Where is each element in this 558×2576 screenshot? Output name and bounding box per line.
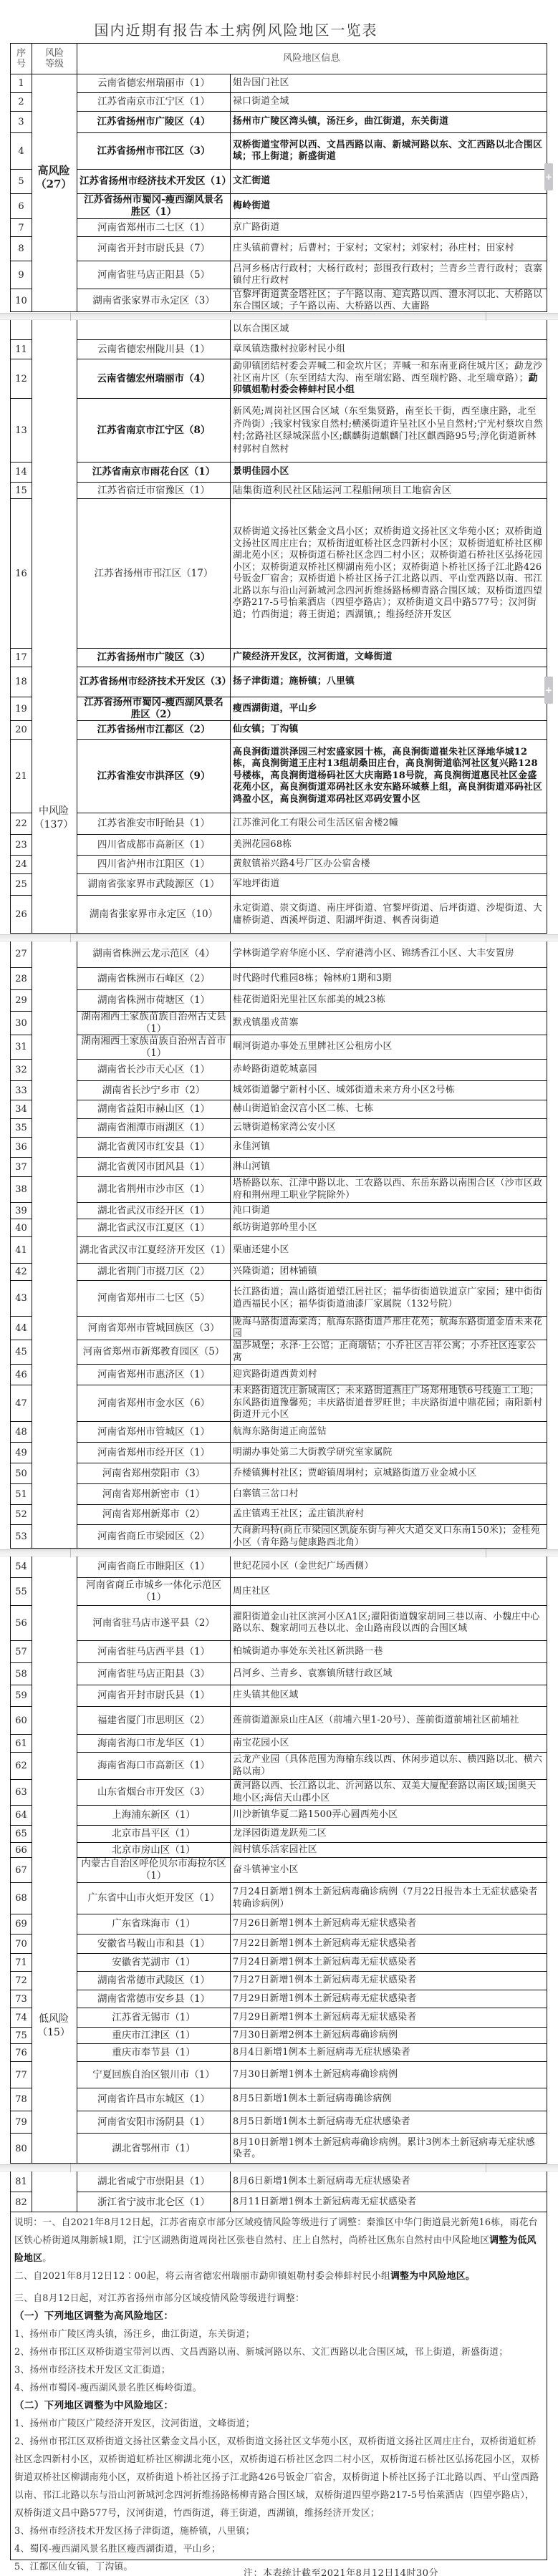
row-region: 江苏省南京市雨花台区（1） (77, 463, 231, 482)
table-row: 54河南省商丘市睢阳区（1）世纪花园小区（金世纪广场西侧） (11, 1556, 547, 1577)
row-detail: 城郊街道馨宁新村小区、城郊街道未来方舟小区2号栋 (231, 1081, 547, 1100)
row-detail-text: 世纪花园小区（金世纪广场西侧） (233, 1561, 373, 1573)
table-row: 18江苏省扬州市经济技术开发区（3）扬子津街道；施桥镇；八里镇 (11, 667, 547, 697)
row-detail-text: 陆集街道利民社区陆运河工程船闸项目工地宿舍区 (233, 483, 452, 498)
table-row: 70安徽省马鞍山市和县（1）7月22日新增1例本土新冠病毒无症状感染者 (11, 1934, 547, 1953)
notes-text: 3、扬州市经济技术开发区文汇街道； (14, 2365, 170, 2376)
row-seq: 18 (11, 667, 32, 697)
row-detail-text: 迎宾路街道西黄刘村 (233, 1369, 317, 1381)
level-cell-mask (32, 834, 77, 836)
row-region: 湖北省荆州市沙市区（1） (77, 1177, 231, 1202)
row-detail: 大商新玛特(商丘市梁园区凯旋东街与神火大道交叉口东南150米)；金桂苑小区（青年… (231, 1525, 547, 1549)
row-region: 河南省郑州市惠济区（1） (77, 1365, 231, 1385)
row-region: 河南省郑州市二七区（5） (77, 1281, 231, 1316)
row-seq: 46 (11, 1365, 32, 1385)
row-detail-text: 7月29日新增1例本土新冠病毒无症状感染者 (233, 2012, 416, 2024)
table-header: 序号风险等级风险地区信息 (11, 44, 547, 74)
row-seq: 28 (11, 968, 32, 989)
row-seq: 82 (11, 2192, 32, 2212)
notes-text: 。 (42, 2253, 52, 2264)
row-region: 江苏省淮安市盱眙县（1） (77, 813, 231, 834)
level-cell-mask (32, 1971, 77, 1972)
row-region: 河南省郑州市二七区（1） (77, 219, 231, 236)
note-high-item: 3、扬州市经济技术开发区文汇街道； (14, 2361, 543, 2379)
row-region: 湖南省常德市安乡县（1） (77, 1990, 231, 2008)
notes-text: 4、蜀冈-瘦西湖风景名胜区瘦西湖街道，平山乡； (14, 2544, 221, 2555)
level-cell-mask (32, 1263, 77, 1264)
row-detail: 纸坊街道郭岭里小区 (231, 1219, 547, 1236)
row-seq: 23 (11, 835, 32, 855)
table-row: 35湖南省湘潭市雨湖区（1）云塘街道杨家湾公安小区 (11, 1118, 547, 1137)
row-seq: 37 (11, 1158, 32, 1176)
level-cell-mask (32, 1011, 77, 1012)
row-detail: 庄头镇其他区域 (231, 1685, 547, 1706)
row-detail-text: 7月29日新增1例本土新冠病毒无症状感染者 (233, 1993, 416, 2005)
row-region: 河南省驻马店正阳县（3） (77, 1663, 231, 1685)
row-detail: 官黎坪街道黄金塔社区；子午路以南、迎宾路以西、澧水河以北、大桥路以东合围区域；子… (231, 289, 547, 312)
row-region: 四川省泸州市江阳区（1） (77, 856, 231, 873)
level-cell-mask (32, 1685, 77, 1686)
notes-text: 1、扬州市广陵区广陵经济开发区，汶河街道，文峰街道； (14, 2418, 255, 2429)
page-break-tick (70, 2164, 71, 2172)
row-detail-text: 陇海马路街道海棠湾；航海东路街道芦邢庄花苑；航海东路街道金盾未来花园 (233, 1317, 544, 1340)
row-region: 湖南省张家界市武陵源区（1） (77, 874, 231, 895)
note-3: 三、自8月12日起，对江苏省扬州市部分区域疫情风险等级进行调整： (14, 2290, 543, 2308)
table-row: 46河南省郑州市惠济区（1）迎宾路街道西黄刘村 (11, 1364, 547, 1385)
notes-bold-text: 调整为中风险地区。 (390, 2271, 475, 2282)
row-detail-text: 峒河街道办事处五里牌社区公租房小区 (233, 1041, 393, 1053)
level-cell-mask (32, 1882, 77, 1884)
table-row: 77宁夏回族自治区银川市（1）7月30日新增1例本土新冠病毒确诊病例 (11, 2061, 547, 2088)
row-detail-text: 阎村镇乐活家园社区 (233, 1844, 317, 1856)
row-detail-text: 濯阳街道金山社区滨河小区A1区;濯阳街道魏家胡同三巷以南、小魏庄中心路以东、魏家… (233, 1612, 544, 1635)
table-row: 71安徽省芜湖市（1）7月24日新增1例本土新冠病毒无症状感染者 (11, 1953, 547, 1971)
row-detail-text: 新风苑;周岗社区围合区域（东至集贤路，南至长干街，西至康庄路，北至齐尚街）;钱家… (233, 405, 544, 455)
row-region: 宁夏回族自治区银川市（1） (77, 2062, 231, 2088)
row-detail: 兴隆街道；团林铺镇 (231, 1264, 547, 1280)
row-seq: 75 (11, 2028, 32, 2043)
table-row: 1云南省德宏州瑞丽市（1）姐告国门社区 (11, 74, 547, 92)
row-detail: 勐卯镇团结村委会弄喊二和金坎片区；弄喊一和东南亚商住城片区；勐龙沙社区南片区（东… (231, 359, 547, 398)
table-row: 26湖南省张家界市永定区（10）永定街道、崇文街道、南庄坪街道、官黎坪街道、后坪… (11, 895, 547, 934)
row-seq: 40 (11, 1219, 32, 1236)
row-detail-text: 8月5日新增1例本土新冠病毒无症状感染者 (233, 2116, 410, 2129)
row-detail-text: 江苏淮河化工有限公司生活区宿舍楼2幢 (233, 818, 398, 830)
row-region: 湖南湘西土家族苗族自治州古丈县（1） (77, 1012, 231, 1035)
row-seq: 58 (11, 1663, 32, 1685)
level-cell-mask (32, 1463, 77, 1464)
row-detail: 瘦西湖街道，平山乡 (231, 697, 547, 720)
level-label-medium: 中风险 （137） (32, 805, 76, 832)
row-detail: 8月5日新增1例本土新冠病毒无症状感染者 (231, 2111, 547, 2133)
notes-text: 说明：一、自2021年8月12日起，江苏省南京市部分区域疫情风险等级进行了调整：… (14, 2217, 538, 2246)
row-detail: 7月30日新增2例本土新冠病毒确诊病例 (231, 2028, 547, 2043)
table-row: 6江苏省扬州市蜀冈-瘦西湖风景名胜区（1）梅岭街道 (11, 193, 547, 218)
table-row: 60福建省厦门市思明区（2）莲前街道源泉山庄A区（前埔六里1-20号）、莲前街道… (11, 1706, 547, 1734)
row-region: 湖南省张家界市永定区（3） (77, 289, 231, 312)
table-row: 50河南省郑州荥阳市（3）乔楼镇狮村社区；贾峪镇周垌村；京城路街道万业金城小区 (11, 1463, 547, 1483)
table-row: 27湖南省株洲云龙示范区（4）学林街道学府华庭小区、学府港湾小区、锦绣香江小区、… (11, 941, 547, 967)
level-cell-mask (32, 1706, 77, 1708)
row-detail: 孟庄镇鸡王社区；孟庄镇洪府村 (231, 1505, 547, 1524)
table-row: 45河南省郑州市新郑教育园区（5）温莎城堡；永泽·上公馆；正商瑞钻；小乔社区吉祥… (11, 1340, 547, 1364)
row-seq: 79 (11, 2111, 32, 2133)
row-detail: 双桥街道宝带河以西、文昌西路以南、新城河路以东、文汇西路以北合围区域；邗上街道；… (231, 133, 547, 169)
row-detail: 云塘街道杨家湾公安小区 (231, 1119, 547, 1137)
row-region: 河南省驻马店市遂平县（2） (77, 1606, 231, 1640)
note-high-item: 1、扬州市广陵区湾头镇，汤汪乡，曲江街道，东关街道； (14, 2325, 543, 2343)
row-detail-text: 未来路街道沈庄新城南区；未来路街道燕庄广场郑州地铁6号线施工工地；东风路街道豫馨… (233, 1385, 544, 1421)
row-detail: 迎宾路街道西黄刘村 (231, 1365, 547, 1385)
row-detail-text: 双桥街道文扬社区紫金文昌小区；双桥街道文扬社区文华苑小区；双桥街道文扬社区周庄庄… (233, 526, 544, 621)
table-row: 61海南省海口市龙华区（1）南宝花园小区 (11, 1734, 547, 1752)
row-detail: 默戎镇墨戎苗寨 (231, 1012, 547, 1035)
row-detail: 仙女镇；丁沟镇 (231, 721, 547, 739)
row-seq: 14 (11, 463, 32, 482)
row-detail-text: 孟庄镇鸡王社区；孟庄镇洪府村 (233, 1509, 364, 1521)
table-row: 80湖北省鄂州市（1）8月10日新增1例本土新冠病毒确诊病例。累计3例本土新冠病… (11, 2133, 547, 2164)
level-cell-mask (32, 482, 77, 483)
table-row: 37湖北省黄冈市团风县（1）淋山河镇 (11, 1157, 547, 1176)
table-row: 79河南省安阳市汤阴县（1）8月5日新增1例本土新冠病毒无症状感染者 (11, 2111, 547, 2133)
row-detail: 梅岭街道 (231, 194, 547, 218)
row-detail: 黄舣镇裕兴路4号厂区办公宿舍楼 (231, 856, 547, 873)
row-seq: 65 (11, 1826, 32, 1842)
row-detail-text: 勐卯镇团结村委会弄喊二和金坎片区；弄喊一和东南亚商住城片区；勐龙沙社区南片区（东… (233, 361, 542, 384)
row-detail: 云龙产业园（具体范围为海榆东线以西、休闲步道以东、横四路以北、横六路以南） (231, 1753, 547, 1779)
note-medium-heading: （二）下列地区调整为中风险地区： (14, 2397, 543, 2415)
row-detail-text: 淋山河镇 (233, 1161, 270, 1173)
row-detail-text: 广陵经济开发区，汶河街道，文峰街道 (233, 652, 393, 664)
level-cell-mask (32, 667, 77, 668)
row-seq: 45 (11, 1340, 32, 1364)
table-row: 47河南省郑州市金水区（6）未来路街道沈庄新城南区；未来路街道燕庄广场郑州地铁6… (11, 1385, 547, 1421)
table-page: 54河南省商丘市睢阳区（1）世纪花园小区（金世纪广场西侧）55河南省商丘市城乡一… (10, 1556, 547, 2164)
row-detail: 赫山街道铂金汉宫小区二栋、七栋 (231, 1100, 547, 1118)
table-row: 15江苏省宿迁市宿豫区（1）陆集街道利民社区陆运河工程船闸项目工地宿舍区 (11, 482, 547, 498)
row-region: 江苏省南京市江宁区（1） (77, 93, 231, 111)
level-cell-mask (32, 1364, 77, 1365)
row-detail-text: 云塘街道杨家湾公安小区 (233, 1122, 336, 1134)
row-seq: 19 (11, 697, 32, 720)
row-detail: 永佳河镇 (231, 1138, 547, 1157)
row-seq: 78 (11, 2088, 32, 2111)
row-detail: 7月29日新增1例本土新冠病毒无症状感染者 (231, 1990, 547, 2008)
level-cell-mask (32, 1157, 77, 1158)
row-region: 四川省成都市高新区（1） (77, 835, 231, 855)
table-page: 以东合围区域11云南省德宏州陇川县（1）章凤镇迭撒村拉影村民小组12云南省德宏州… (10, 319, 547, 934)
table-row: 65北京市昌平区（1）龙泽园街道龙跃苑二区 (11, 1825, 547, 1842)
row-detail: 阎村镇乐活家园社区 (231, 1843, 547, 1857)
row-detail-text: 高良涧街道洪泽园三村宏盛家园十栋，高良涧街道崔朱社区泽地华城12栋，高良涧街道王… (233, 747, 544, 806)
row-detail: 峒河街道办事处五里牌社区公租房小区 (231, 1035, 547, 1059)
row-detail: 7月27日新增1例本土新冠病毒无症状感染者 (231, 1972, 547, 1990)
row-region: 重庆市江津区（1） (77, 2028, 231, 2043)
level-cell-mask (32, 1118, 77, 1120)
row-region: 湖南省长沙市天心区（1） (77, 1060, 231, 1080)
row-region: 海南省海口市高新区（1） (77, 1753, 231, 1779)
note-medium-item: 2、扬州市邗江区双桥街道文扬社区紫金文昌小区，双桥街道文扬社区文华苑小区，双桥街… (14, 2433, 543, 2522)
side-expand-tab-2[interactable]: + (544, 677, 553, 704)
row-detail-text: 兴隆街道；团林铺镇 (233, 1266, 317, 1278)
level-cell-mask (32, 1176, 77, 1178)
row-detail-text: 姐告国门社区 (233, 77, 289, 89)
row-region: 江苏省扬州市广陵区（3） (77, 649, 231, 667)
level-cell-mask (32, 1734, 77, 1735)
row-region: 山东省烟台市开发区（3） (77, 1780, 231, 1805)
row-detail: 沌口街道 (231, 1203, 547, 1219)
table-row: 28湖南省株洲市石峰区（2）时代路时代雅园8栋；翰林府1期和3期 (11, 967, 547, 989)
row-seq: 20 (11, 721, 32, 739)
row-seq: 15 (11, 483, 32, 498)
notes-text: 5、江都区仙女镇，丁沟镇。 (14, 2562, 133, 2572)
level-cell-mask (32, 1080, 77, 1082)
row-seq: 38 (11, 1177, 32, 1202)
row-detail: 以东合围区域 (231, 320, 547, 339)
row-region: 河南省商丘市梁园区（2） (77, 1525, 231, 1549)
table-row: 12云南省德宏州瑞丽市（4）勐卯镇团结村委会弄喊二和金坎片区；弄喊一和东南亚商住… (11, 359, 547, 398)
row-region: 海南省海口市龙华区（1） (77, 1735, 231, 1752)
level-cell-mask (32, 1236, 77, 1238)
row-detail-text: 7月22日新增1例本土新冠病毒无症状感染者 (233, 1938, 416, 1950)
row-seq: 63 (11, 1780, 32, 1805)
row-seq: 44 (11, 1317, 32, 1340)
plus-icon: + (545, 685, 552, 695)
row-region: 河南省郑州市金水区（6） (77, 1385, 231, 1421)
row-region: 湖南省湘潭市雨湖区（1） (77, 1119, 231, 1137)
row-region: 湖南省株洲云龙示范区（4） (77, 941, 231, 967)
row-region: 河南省郑州荥阳市（3） (77, 1463, 231, 1483)
level-cell-mask (32, 1605, 77, 1607)
table-row: 17江苏省扬州市广陵区（3）广陵经济开发区，汶河街道，文峰街道 (11, 648, 547, 667)
level-cell-mask (32, 739, 77, 740)
row-detail-text: 以东合围区域 (233, 324, 289, 336)
row-detail: 长江路街道；嵩山路街道望江居社区；福华街街道铁道京广家园；建中街街道西福民小区；… (231, 1281, 547, 1316)
level-cell-mask (32, 2192, 77, 2193)
row-detail-text: 庄头镇前曹村；后曹村；于家村；文家村；刘家村；孙庄村；田家村 (233, 243, 514, 255)
row-detail: 8月4日新增1例本土新冠病毒无症状感染者 (231, 2044, 547, 2061)
row-region: 江苏省无锡市（1） (77, 2008, 231, 2027)
row-detail-text: 7月24日新增1例本土新冠病毒无症状感染者 (233, 1957, 416, 1969)
level-label-low: 低风险 （15） (32, 2013, 76, 2040)
row-region: 浙江省宁波市北仑区（1） (77, 2192, 231, 2212)
row-region: 上海浦东新区（1） (77, 1806, 231, 1825)
row-seq: 67 (11, 1858, 32, 1882)
row-region: 河南省驻马店西平县（1） (77, 1641, 231, 1662)
row-detail: 塔桥路以东、江津中路以北、工农路以西、东岳东路以南围合区（沙市区政府和荆州理工职… (231, 1177, 547, 1202)
notes-text: 1、扬州市广陵区湾头镇，汤汪乡，曲江街道，东关街道； (14, 2329, 255, 2340)
row-seq: 81 (11, 2171, 32, 2192)
side-expand-tab-1[interactable]: + (544, 163, 553, 190)
table-row: 68广东省中山市火炬开发区（1）7月24日新增1例本土新冠病毒确诊病例（7月22… (11, 1882, 547, 1914)
notes-bold-text: （二）下列地区调整为中风险地区： (14, 2400, 173, 2411)
row-detail: 扬州市广陵区湾头镇，汤汪乡，曲江街道，东关街道 (231, 112, 547, 132)
page-break-tick (486, 2164, 486, 2172)
row-detail-text: 仙女镇；丁沟镇 (233, 724, 299, 736)
table-row: 72湖南省常德市武陵区（1）7月27日新增1例本土新冠病毒无症状感染者 (11, 1971, 547, 1990)
row-detail: 江苏淮河化工有限公司生活区宿舍楼2幢 (231, 813, 547, 834)
row-detail-text: 栗庙还建小区 (233, 1244, 289, 1256)
level-cell-mask (32, 720, 77, 722)
row-seq: 43 (11, 1281, 32, 1316)
level-cell-mask (32, 1442, 77, 1443)
notes-bold-text: （一）下列地区调整为高风险地区： (14, 2310, 173, 2322)
row-detail-text: 奋斗镇神宝小区 (233, 1864, 299, 1877)
page-title: 国内近期有报告本土病例风险地区一览表 (0, 19, 558, 39)
row-detail: 8月10日新增1例本土新冠病毒确诊病例。累计3例本土新冠病毒无症状感染者。 (231, 2134, 547, 2164)
table-row: 11云南省德宏州陇川县（1）章凤镇迭撒村拉影村民小组 (11, 339, 547, 359)
row-seq: 76 (11, 2044, 32, 2061)
row-detail-text: 黄舣镇裕兴路4号厂区办公宿舍楼 (233, 858, 370, 871)
table-row: 75重庆市江津区（1）7月30日新增2例本土新冠病毒确诊病例 (11, 2027, 547, 2043)
level-cell-mask (32, 2008, 77, 2009)
row-detail-text: 8月10日新增1例本土新冠病毒确诊病例。累计3例本土新冠病毒无症状感染者。 (233, 2137, 544, 2161)
row-region: 河南省郑州市管城回族区（3） (77, 1317, 231, 1340)
row-seq: 33 (11, 1081, 32, 1100)
table-row: 64上海浦东新区（1）川沙新镇华夏二路1500弄心圆西苑小区 (11, 1805, 547, 1825)
level-cell-mask (32, 1137, 77, 1138)
page-break-tick (486, 1549, 486, 1557)
row-seq: 60 (11, 1707, 32, 1734)
notes-text: 3、扬州市经济技术开发区扬子津街道，施桥镇，八里镇； (14, 2526, 255, 2537)
table-row: 21江苏省淮安市洪泽区（9）高良涧街道洪泽园三村宏盛家园十栋，高良涧街道崔朱社区… (11, 739, 547, 813)
row-detail-text: 扬州市广陵区湾头镇，汤汪乡，曲江街道，东关街道 (233, 116, 448, 128)
row-detail: 景明佳园小区 (231, 463, 547, 482)
row-seq: 80 (11, 2134, 32, 2164)
row-region: 湖北省黄冈市红安县（1） (77, 1138, 231, 1157)
level-cell-mask (32, 1990, 77, 1991)
row-region: 江苏省扬州市邗江区（17） (77, 499, 231, 648)
row-detail-text: 乔楼镇狮村社区；贾峪镇周垌村；京城路街道万业金城小区 (233, 1468, 477, 1480)
level-cell-mask (32, 1316, 77, 1317)
row-seq: 70 (11, 1935, 32, 1953)
row-detail-text: 塔桥路以东、江津中路以北、工农路以西、东岳东路以南围合区（沙市区政府和荆州理工职… (233, 1178, 544, 1201)
table-row: 34湖南省益阳市赫山区（1）赫山街道铂金汉宫小区二栋、七栋 (11, 1100, 547, 1118)
note-high-item: 4、扬州市蜀冈-瘦西湖风景名胜区梅岭街道。 (14, 2379, 543, 2397)
row-detail-text: 黄河路以西、长江路以北、沂河路以东、双美大厦配套路以南区域;国奥天地小区;海信天… (233, 1781, 544, 1804)
level-cell-mask (32, 193, 77, 195)
note-high-heading: （一）下列地区调整为高风险地区： (14, 2308, 543, 2325)
row-detail: 双桥街道文扬社区紫金文昌小区；双桥街道文扬社区文华苑小区；双桥街道文扬社区周庄庄… (231, 499, 547, 648)
row-region: 湖北省武汉市江夏区（1） (77, 1219, 231, 1236)
row-seq: 64 (11, 1806, 32, 1825)
level-cell-mask (32, 1059, 77, 1060)
row-detail: 陇海马路街道海棠湾；航海东路街道芦邢庄花苑；航海东路街道金盾未来花园 (231, 1317, 547, 1340)
row-region: 江苏省淮安市洪泽区（9） (77, 740, 231, 813)
row-detail: 姐告国门社区 (231, 74, 547, 92)
row-detail: 航海东路街道正商蓝钻 (231, 1422, 547, 1442)
level-cell-mask (32, 1953, 77, 1955)
level-cell-mask (32, 1857, 77, 1859)
row-detail-text: 赫山街道铂金汉宫小区二栋、七栋 (233, 1103, 373, 1115)
row-detail-text: 双桥街道宝带河以西、文昌西路以南、新城河路以东、文汇西路以北合围区域；邗上街道；… (233, 140, 544, 163)
level-cell-mask (32, 1577, 77, 1579)
row-detail: 淋山河镇 (231, 1158, 547, 1176)
row-detail: 8月6日新增1例本土新冠病毒无症状感染者 (231, 2171, 547, 2192)
row-detail-text: 龙泽园街道龙跃苑二区 (233, 1828, 327, 1840)
row-detail-text: 时代路时代雅园8栋；翰林府1期和3期 (233, 973, 392, 985)
row-region: 河南省郑州市管城区（1） (77, 1422, 231, 1442)
row-detail-text: 京广路街道 (233, 222, 279, 234)
row-seq: 56 (11, 1606, 32, 1640)
row-detail: 吕河乡杨店行政村；大杨行政村；彭围孜行政村；兰青乡兰青行政村；袁寨镇付庄行政村 (231, 261, 547, 289)
row-seq: 16 (11, 499, 32, 648)
row-detail: 美洲花园68栋 (231, 835, 547, 855)
row-region: 河南省郑州新密市（1） (77, 1484, 231, 1504)
table-row: 19江苏省扬州市蜀冈-瘦西湖风景名胜区（2）瘦西湖街道，平山乡 (11, 697, 547, 720)
level-cell-mask (32, 648, 77, 649)
row-seq: 31 (11, 1035, 32, 1059)
row-detail: 章凤镇迭撒村拉影村民小组 (231, 340, 547, 359)
page-break-tick (70, 1549, 71, 1557)
row-seq: 5 (11, 170, 32, 193)
table-row: 44河南省郑州市管城回族区（3）陇海马路街道海棠湾；航海东路街道芦邢庄花苑；航海… (11, 1316, 547, 1340)
row-seq: 29 (11, 990, 32, 1011)
table-row: 66北京市房山区（1）阎村镇乐活家园社区 (11, 1842, 547, 1857)
row-detail: 南宝花园小区 (231, 1735, 547, 1752)
row-detail: 永定街道、崇文街道、南庄坪街道、官黎坪街道、后坪街道、沙堤街道、大庸桥街道、西溪… (231, 896, 547, 934)
row-seq: 47 (11, 1385, 32, 1421)
level-cell-mask (32, 1340, 77, 1341)
row-seq: 35 (11, 1119, 32, 1137)
page-break-1 (0, 313, 558, 320)
level-cell-mask (32, 1805, 77, 1806)
row-seq: 6 (11, 194, 32, 218)
level-cell-mask (32, 236, 77, 238)
row-seq: 9 (11, 261, 32, 289)
header-level: 风险等级 (32, 44, 77, 74)
row-detail: 濯阳街道金山社区滨河小区A1区;濯阳街道魏家胡同三巷以南、小魏庄中心路以东、魏家… (231, 1606, 547, 1640)
row-region (77, 320, 231, 339)
row-region: 内蒙古自治区呼伦贝尔市海拉尔区（1） (77, 1858, 231, 1882)
row-detail-text: 明湖办事处第二大街教学研究室家属院 (233, 1447, 393, 1459)
row-region: 江苏省宿迁市宿豫区（1） (77, 483, 231, 498)
row-detail-text: 军地坪街道 (233, 878, 279, 891)
row-seq: 51 (11, 1484, 32, 1504)
row-detail-text: 默戎镇墨戎苗寨 (233, 1017, 299, 1030)
row-detail: 新风苑;周岗社区围合区域（东至集贤路，南至长干街，西至康庄路，北至齐尚街）;钱家… (231, 399, 547, 462)
row-region: 湖北省武汉市经开区（1） (77, 1203, 231, 1219)
page-break-tick (486, 934, 486, 942)
level-cell-mask (32, 967, 77, 969)
row-detail: 川沙新镇华夏二路1500弄心圆西苑小区 (231, 1806, 547, 1825)
level-cell-mask (32, 92, 77, 94)
row-seq: 21 (11, 740, 32, 813)
header-info: 风险地区信息 (77, 44, 547, 74)
header-level-label: 风险等级 (44, 48, 64, 69)
table-row: 43河南省郑州市二七区（5）长江路街道；嵩山路街道望江居社区；福华街街道铁道京广… (11, 1280, 547, 1316)
row-detail: 莲前街道源泉山庄A区（前埔六里1-20号）、莲前街道前埔社区前埔社 (231, 1707, 547, 1734)
row-seq: 39 (11, 1203, 32, 1219)
row-detail-text: 学林街道学府华庭小区、学府港湾小区、锦绣香江小区、大丰安置房 (233, 948, 514, 960)
page-break-3 (0, 1549, 558, 1556)
row-detail: 温莎城堡；永泽·上公馆；正商瑞钻；小乔社区吉祥公寓；小乔社区连家公寓 (231, 1340, 547, 1364)
level-cell-mask (32, 1483, 77, 1485)
row-detail: 柏城街道办事处东关社区新洪路一巷 (231, 1641, 547, 1662)
row-region: 云南省德宏州瑞丽市（4） (77, 359, 231, 398)
row-seq: 77 (11, 2062, 32, 2088)
row-seq: 57 (11, 1641, 32, 1662)
level-cell-mask (32, 855, 77, 856)
row-detail-text: 瘦西湖街道，平山乡 (233, 703, 317, 715)
level-cell-mask (32, 1421, 77, 1423)
row-seq: 22 (11, 813, 32, 834)
row-seq: 10 (11, 289, 32, 312)
row-detail: 奋斗镇神宝小区 (231, 1858, 547, 1882)
level-cell-mask (32, 2088, 77, 2089)
row-seq: 48 (11, 1422, 32, 1442)
table-row: 24四川省泸州市江阳区（1）黄舣镇裕兴路4号厂区办公宿舍楼 (11, 855, 547, 873)
